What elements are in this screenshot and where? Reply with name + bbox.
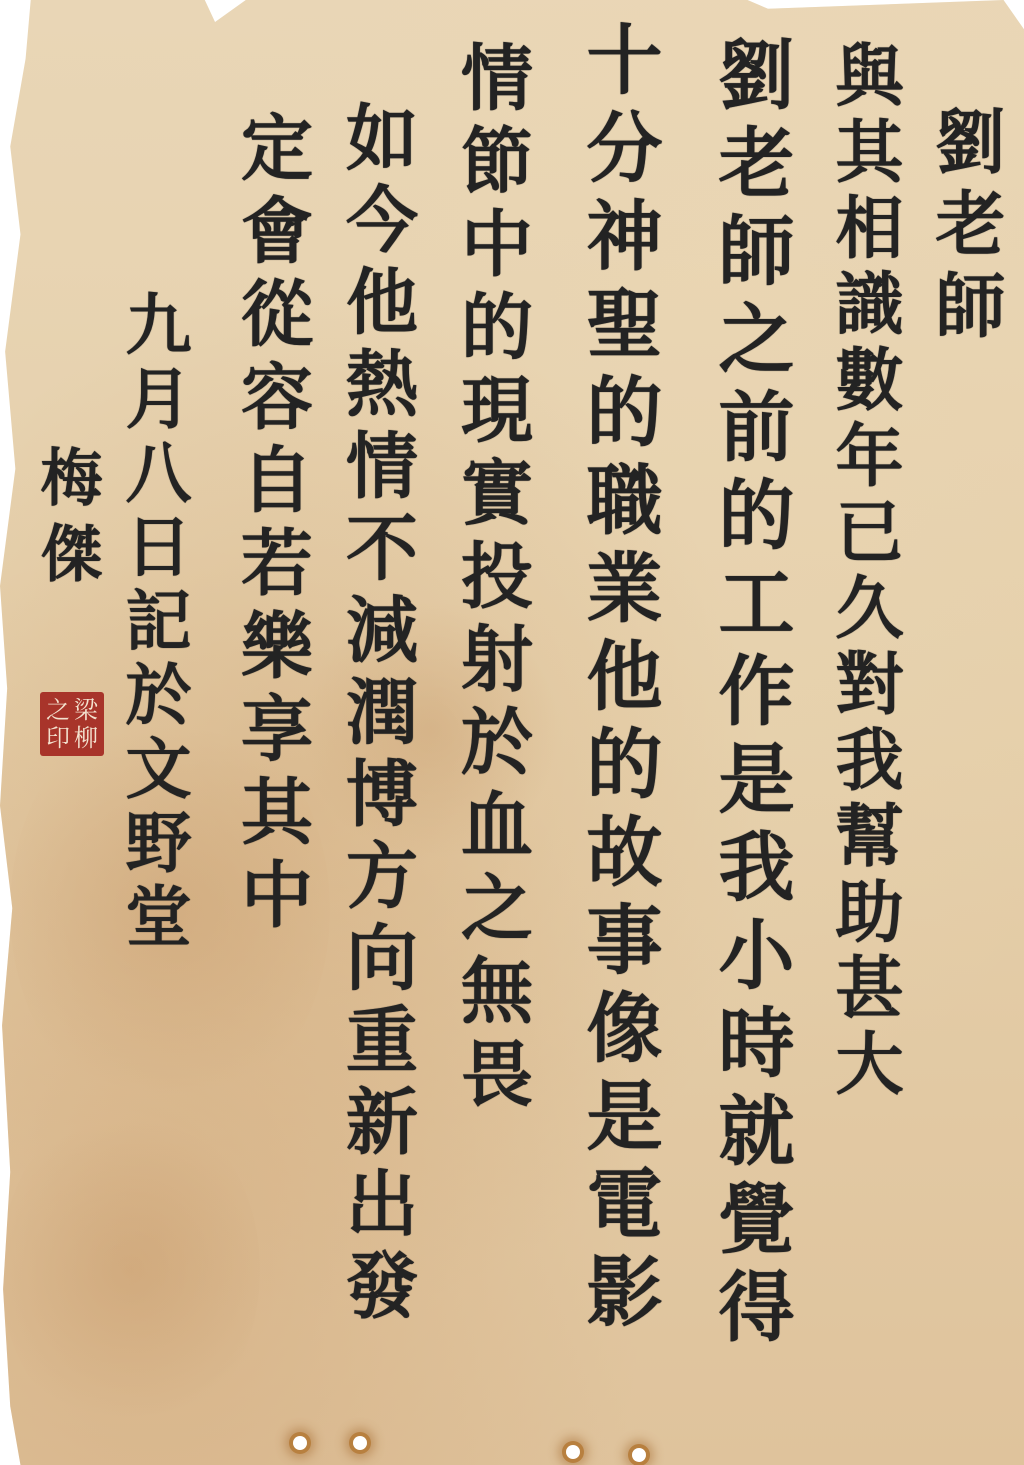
burn-hole (293, 1436, 307, 1450)
burn-hole (566, 1445, 580, 1459)
seal-char: 之 (44, 696, 72, 724)
letter-line-3: 十分神聖的職業他的故事像是電影 (580, 20, 656, 1340)
paper-stain (0, 1100, 260, 1440)
burn-hole (353, 1436, 367, 1450)
letter-signature: 梅傑 (35, 445, 97, 597)
letter-line-5: 如今他熱情不減潤博方向重新出發 (340, 100, 412, 1330)
red-seal-stamp: 梁 柳 之 印 (40, 692, 104, 756)
letter-line-6: 定會從容自若樂享其中 (235, 110, 307, 940)
letter-date-line: 九月八日記於文野堂 (120, 290, 186, 956)
seal-char: 印 (44, 724, 72, 752)
letter-paper: 劉老師 與其相識數年已久對我幫助甚大 劉老師之前的工作是我小時就覺得 十分神聖的… (0, 0, 1024, 1465)
seal-char: 柳 (72, 724, 100, 752)
letter-line-2: 劉老師之前的工作是我小時就覺得 (712, 35, 788, 1355)
seal-char: 梁 (72, 696, 100, 724)
letter-salutation: 劉老師 (930, 105, 1000, 351)
letter-line-1: 與其相識數年已久對我幫助甚大 (830, 40, 898, 1104)
letter-line-4: 情節中的現實投射於血之無畏 (455, 40, 527, 1119)
burn-hole (632, 1448, 646, 1462)
